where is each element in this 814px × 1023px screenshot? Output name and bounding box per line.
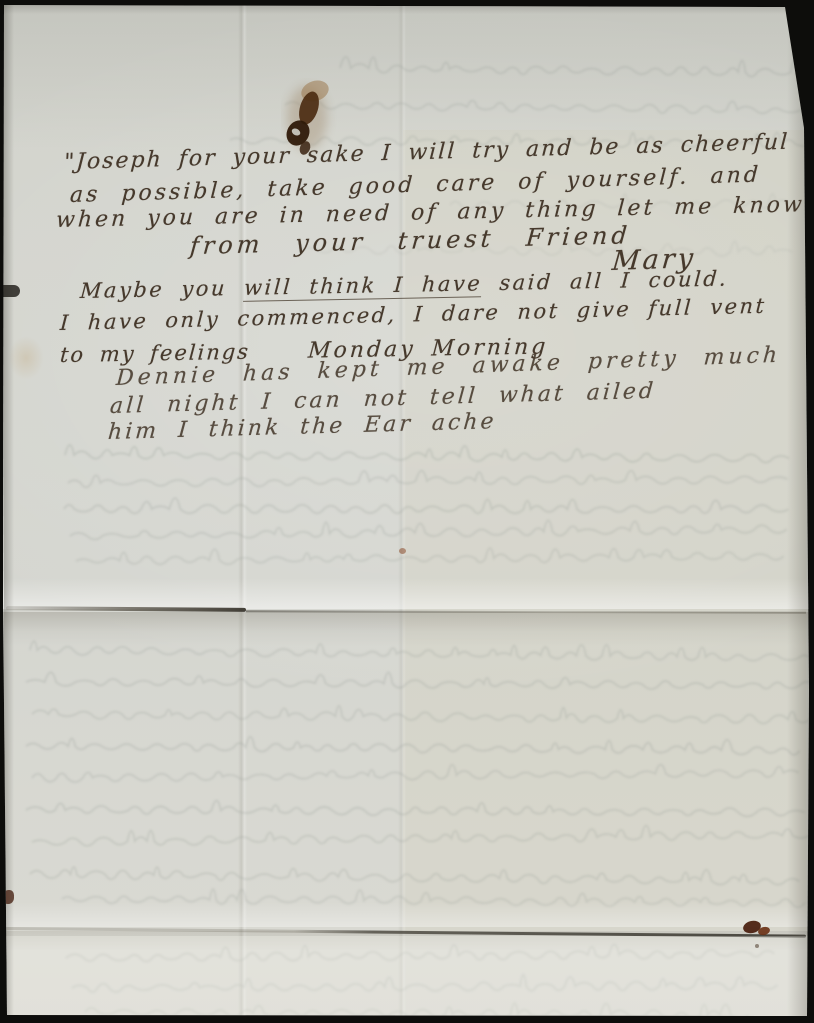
bleedthrough-line bbox=[72, 974, 777, 993]
bleedthrough-line bbox=[26, 800, 805, 817]
letter-line-6-underlined: will think I have bbox=[243, 271, 483, 302]
bleedthrough-line bbox=[62, 888, 805, 907]
bleedthrough-line bbox=[26, 735, 800, 754]
bleedthrough-line bbox=[26, 671, 814, 690]
bleedthrough-line bbox=[32, 824, 810, 846]
letter-line-6-post: said all I could. bbox=[482, 267, 730, 296]
bleedthrough-line bbox=[32, 762, 799, 782]
ink-spot bbox=[740, 917, 772, 939]
bleedthrough-line bbox=[85, 1001, 749, 1019]
bleedthrough-line bbox=[340, 56, 808, 77]
bleedthrough-line bbox=[65, 444, 789, 462]
bleedthrough-line bbox=[70, 518, 787, 540]
bleedthrough-line bbox=[66, 943, 774, 963]
letter-line-6-pre: Maybe you bbox=[79, 276, 245, 303]
letter-paper: "Joseph for your sake I will try and be … bbox=[0, 0, 814, 1023]
bleedthrough-line bbox=[32, 704, 810, 724]
bleedthrough-line bbox=[285, 97, 814, 115]
bleedthrough-line bbox=[68, 469, 788, 488]
bleedthrough-line bbox=[64, 498, 788, 514]
bleedthrough-line bbox=[76, 545, 784, 565]
bleedthrough-line bbox=[30, 639, 810, 663]
bleedthrough-line bbox=[30, 864, 800, 886]
scanned-letter: "Joseph for your sake I will try and be … bbox=[0, 0, 814, 1023]
